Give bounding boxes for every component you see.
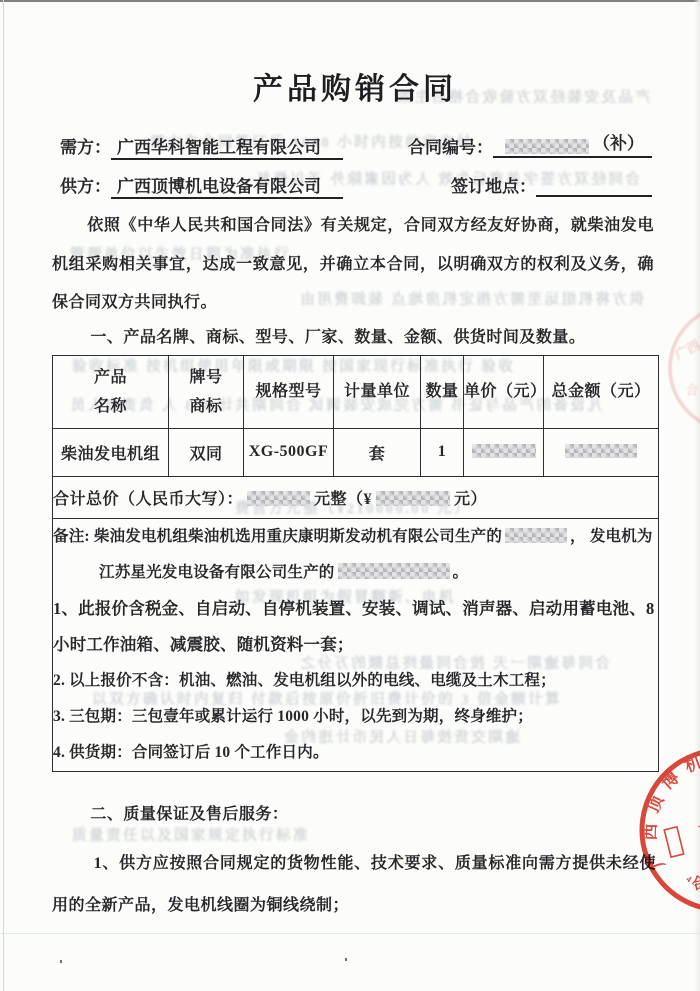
cell-total-amount — [544, 428, 659, 476]
buyer-company-name: 广西华科智能工程有限公司 — [111, 138, 343, 160]
svg-text:合: 合 — [686, 382, 698, 397]
remark-engine-pre: 柴油发电机组柴油机选用重庆康明斯发动机有限公司生产的 — [94, 528, 502, 545]
cell-unit: 套 — [334, 428, 421, 476]
col-header-total-amount: 总金额（元） — [544, 355, 659, 428]
seal-serial-digits: 4501 — [683, 868, 700, 901]
remark-item-1: 1、此报价含税金、自启动、自停机装置、安装、调试、消声器、启动用蓄电池、8小时工… — [53, 591, 658, 663]
contract-scan-page: 产品及安装经双方验收合格后生效 需方在合同签订后 1080 小时内按约定支付 合… — [0, 0, 700, 991]
document-title: 产品购销合同 — [52, 72, 658, 108]
total-price-mid: 元整（¥ — [314, 491, 372, 508]
section1-heading: 一、产品名牌、商标、型号、厂家、数量、金额、供货时间及数量。 — [52, 325, 658, 350]
contract-number-field: 合同编号： （补） — [408, 129, 652, 158]
col-header-brand: 牌号 商标 — [169, 355, 244, 428]
col-header-model: 规格型号 — [244, 355, 334, 428]
remark-item-2: 2. 以上报价不含：机油、燃油、发电机组以外的电线、电缆及土木工程； — [53, 663, 658, 699]
cell-model: XG-500GF — [244, 428, 334, 476]
remark-item-3: 3. 三包期：三包壹年或累计运行 1000 小时，以先到为期，终身维护； — [53, 699, 658, 735]
total-price-suffix: 元） — [454, 491, 487, 508]
supplier-label: 供方： — [60, 177, 111, 196]
table-remark-row: 备注: 柴油发电机组柴油机选用重庆康明斯发动机有限公司生产的， 发电机为 江苏星… — [53, 518, 659, 771]
contract-number-value: （补） — [493, 129, 652, 158]
scan-speck — [60, 960, 62, 963]
cell-brand: 双同 — [169, 428, 244, 476]
seal-star-icon — [694, 799, 700, 852]
sign-place-field: 签订地点： — [451, 172, 652, 197]
remark-engine-line: 备注: 柴油发电机组柴油机选用重庆康明斯发动机有限公司生产的， 发电机为 江苏星… — [53, 519, 658, 591]
col-header-unit: 计量单位 — [334, 355, 421, 428]
total-price-prefix: 合计总价（人民币大写）： — [53, 491, 243, 508]
cell-qty: 1 — [421, 428, 464, 476]
sign-place-label: 签订地点： — [451, 172, 536, 197]
supplier-company-name: 广西顶博机电设备有限公司 — [111, 177, 343, 199]
redacted-engine-model — [505, 528, 567, 543]
seal-code-box — [664, 827, 683, 857]
redacted-amount-words — [247, 491, 310, 506]
col-header-unit-price: 单价（元） — [464, 355, 544, 428]
contract-intro-paragraph: 依照《中华人民共和国合同法》有关规定，合同双方经友好协商，就柴油发电机组采购相关… — [52, 207, 654, 323]
redacted-unit-price — [472, 444, 536, 458]
remark-engine-end: 。 — [453, 564, 469, 581]
buyer-field: 需方：广西华科智能工程有限公司 — [60, 133, 343, 158]
product-table: 产品 名称 牌号 商标 规格型号 计量单位 数量 单价（元） 总金额（元） 柴油… — [52, 355, 659, 772]
scan-speck — [345, 958, 347, 961]
remark-item-4: 4. 供货期：合同签订后 10 个工作日内。 — [53, 735, 658, 771]
section2-heading: 二、质量保证及售后服务： — [52, 802, 658, 827]
table-total-row: 合计总价（人民币大写）：元整（¥元） — [53, 476, 659, 518]
contract-number-label: 合同编号： — [408, 133, 493, 158]
faint-red-seal: 广西 合 — [652, 290, 700, 450]
redacted-amount-figures — [376, 491, 450, 506]
contract-number-suffix: （补） — [593, 129, 644, 154]
scan-top-edge — [0, 0, 700, 2]
section2-item-1: 1、供方应按照合同规定的货物性能、技术要求、质量标准向需方提供未经使用的全新产品… — [52, 843, 656, 927]
table-row: 柴油发电机组 双同 XG-500GF 套 1 — [53, 428, 659, 476]
header-row-buyer: 需方：广西华科智能工程有限公司 合同编号： （补） — [60, 134, 652, 158]
cell-product-name: 柴油发电机组 — [53, 428, 169, 476]
col-header-product-name: 产品 名称 — [53, 355, 169, 428]
cell-unit-price — [464, 428, 544, 476]
header-row-supplier: 供方：广西顶博机电设备有限公司 签订地点： — [60, 173, 652, 197]
buyer-label: 需方： — [60, 138, 111, 157]
remark-label: 备注: — [53, 528, 90, 545]
scan-blue-line — [0, 933, 700, 934]
supplier-field: 供方：广西顶博机电设备有限公司 — [60, 172, 343, 197]
total-price-line: 合计总价（人民币大写）：元整（¥元） — [53, 476, 659, 518]
redacted-contract-number — [505, 139, 589, 154]
table-header-row: 产品 名称 牌号 商标 规格型号 计量单位 数量 单价（元） 总金额（元） — [53, 355, 659, 428]
sign-place-blank-line — [536, 177, 652, 197]
redacted-total-amount — [565, 444, 637, 458]
redacted-alternator-model — [338, 563, 450, 579]
remark-cell: 备注: 柴油发电机组柴油机选用重庆康明斯发动机有限公司生产的， 发电机为 江苏星… — [53, 518, 659, 771]
col-header-qty: 数量 — [421, 355, 464, 428]
